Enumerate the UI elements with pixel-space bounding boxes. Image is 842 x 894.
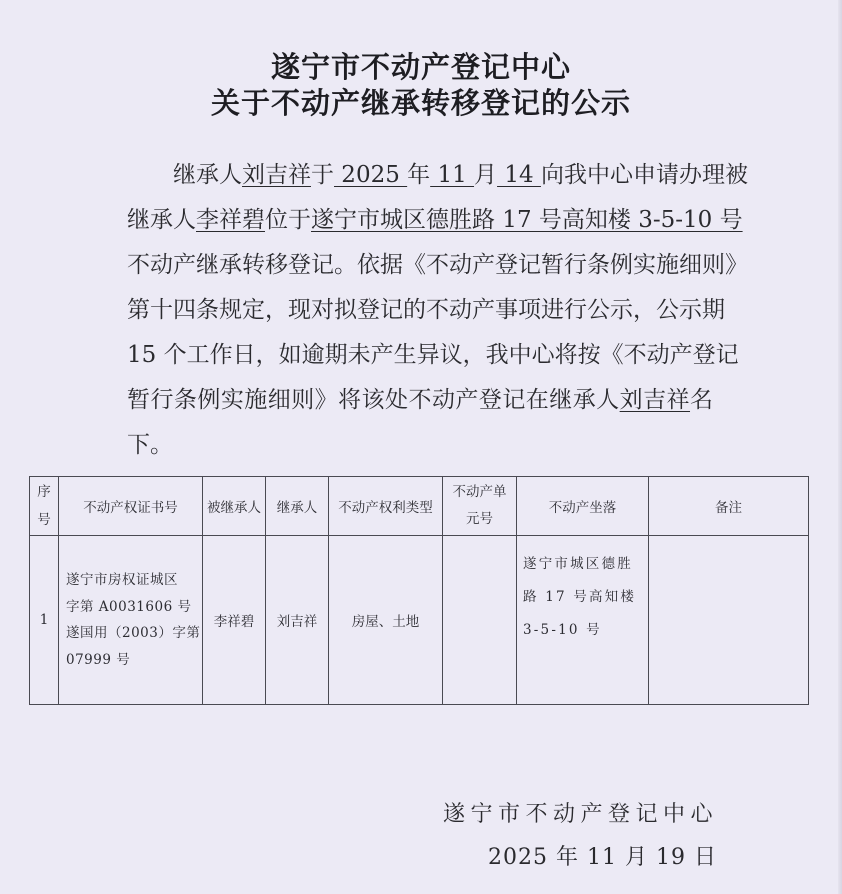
underlined-fill: 2025 (334, 162, 407, 188)
table-row: 1 遂宁市房权证城区 字第 A0031606 号 遂国用（2003）字第 079… (30, 536, 809, 705)
document-title-line2: 关于不动产继承转移登记的公示 (0, 86, 842, 120)
body-text: 月 (474, 162, 497, 188)
body-text: 不动产继承转移登记。依据《不动产登记暂行条例实施细则》 (127, 252, 748, 278)
body-text: 年 (407, 162, 430, 188)
body-text: 第十四条规定，现对拟登记的不动产事项进行公示，公示期 (127, 297, 725, 323)
location-line2: 路 17 号高知楼 (523, 581, 648, 614)
body-text: 下。 (127, 432, 173, 458)
header-unit-no-line2: 元号 (443, 506, 516, 533)
cell-seq: 1 (30, 536, 59, 705)
header-heir: 继承人 (266, 477, 329, 536)
header-location: 不动产坐落 (517, 477, 649, 536)
header-right-type: 不动产权利类型 (329, 477, 443, 536)
header-unit-no-line1: 不动产单 (443, 479, 516, 506)
body-text: 继承人 (173, 162, 242, 188)
cell-decedent: 李祥碧 (203, 536, 266, 705)
header-remarks: 备注 (649, 477, 809, 536)
underlined-fill: 11 (430, 162, 474, 188)
header-decedent: 被继承人 (203, 477, 266, 536)
underlined-fill: 刘吉祥 (242, 162, 311, 188)
body-text: 继承人 (127, 207, 196, 233)
body-line-7: 下。 (127, 430, 713, 460)
body-text: 位于 (265, 207, 311, 233)
cert-no-line3: 遂国用（2003）字第 (66, 620, 202, 647)
header-seq-line2: 号 (30, 506, 58, 534)
scan-edge (838, 0, 842, 894)
property-table: 序 号 不动产权证书号 被继承人 继承人 不动产权利类型 不动产单 元号 不动产… (29, 476, 809, 705)
cell-heir: 刘吉祥 (266, 536, 329, 705)
cell-right-type: 房屋、土地 (329, 536, 443, 705)
body-text: 暂行条例实施细则》将该处不动产登记在继承人 (127, 387, 620, 413)
body-line-6: 暂行条例实施细则》将该处不动产登记在继承人刘吉祥名 (127, 385, 713, 415)
header-unit-no: 不动产单 元号 (443, 477, 517, 536)
cell-unit-no (443, 536, 517, 705)
body-text: 向我中心申请办理被 (541, 162, 748, 188)
header-cert-no: 不动产权证书号 (59, 477, 203, 536)
cell-location: 遂宁市城区德胜 路 17 号高知楼 3-5-10 号 (517, 536, 649, 705)
body-text: 15 个工作日，如逾期未产生异议，我中心将按《不动产登记 (127, 342, 739, 368)
underlined-fill: 14 (497, 162, 541, 188)
location-line1: 遂宁市城区德胜 (523, 548, 648, 581)
table-header-row: 序 号 不动产权证书号 被继承人 继承人 不动产权利类型 不动产单 元号 不动产… (30, 477, 809, 536)
body-line-2: 继承人李祥碧位于遂宁市城区德胜路 17 号高知楼 3-5-10 号 (127, 205, 713, 235)
cert-no-line1: 遂宁市房权证城区 (66, 567, 202, 594)
header-seq: 序 号 (30, 477, 59, 536)
cert-no-line2: 字第 A0031606 号 (66, 594, 202, 621)
signature-organization: 遂宁市不动产登记中心 (443, 797, 743, 828)
header-seq-line1: 序 (30, 478, 58, 506)
body-line-4: 第十四条规定，现对拟登记的不动产事项进行公示，公示期 (127, 295, 713, 325)
document-title-line1: 遂宁市不动产登记中心 (0, 50, 842, 84)
cell-cert-no: 遂宁市房权证城区 字第 A0031606 号 遂国用（2003）字第 07999… (59, 536, 203, 705)
cell-remarks (649, 536, 809, 705)
body-text: 名 (690, 387, 713, 413)
underlined-fill: 刘吉祥 (620, 387, 690, 413)
body-line-1: 继承人刘吉祥于 2025 年 11 月 14 向我中心申请办理被 (173, 160, 713, 190)
cert-no-line4: 07999 号 (66, 647, 202, 674)
signature-date: 2025 年 11 月 19 日 (488, 840, 748, 871)
body-line-3: 不动产继承转移登记。依据《不动产登记暂行条例实施细则》 (127, 250, 713, 280)
underlined-fill: 遂宁市城区德胜路 17 号高知楼 3-5-10 号 (311, 207, 743, 233)
body-line-5: 15 个工作日，如逾期未产生异议，我中心将按《不动产登记 (127, 340, 713, 370)
body-text: 于 (311, 162, 334, 188)
underlined-fill: 李祥碧 (196, 207, 265, 233)
location-line3: 3-5-10 号 (523, 614, 648, 647)
